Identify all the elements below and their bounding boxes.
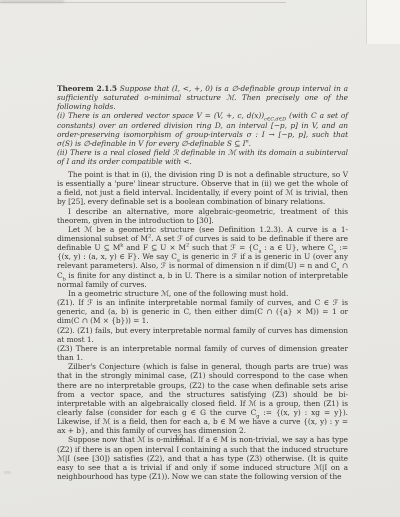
paragraph-z3: (Z3) There is an interpretable normal fa… [57, 344, 348, 362]
paragraph-geometric-structure-curves: Let ℳ be a geometric structure (see Defi… [57, 225, 348, 289]
page-number: 12 [57, 433, 301, 442]
page-text-block: Theorem 2.1.5 Suppose that (I, <, +, 0) … [57, 84, 348, 481]
scan-speck [4, 471, 11, 474]
theorem-label: Theorem 2.1.5 [57, 84, 117, 93]
paragraph-z2: (Z2). (Z1) fails, but every interpretabl… [57, 326, 348, 344]
paragraph-following-must-hold: In a geometric structure ℳ, one of the f… [57, 289, 348, 298]
theorem-heading-paragraph: Theorem 2.1.5 Suppose that (I, <, +, 0) … [57, 84, 348, 111]
scanned-paper-page: Theorem 2.1.5 Suppose that (I, <, +, 0) … [0, 0, 400, 517]
paragraph-alternative-treatment: I describe an alternative, more algebrai… [57, 207, 348, 225]
theorem-item-ii: (ii) There is a real closed field ℛ defi… [57, 148, 348, 166]
paragraph-point-discussion: The point is that in (i), the division r… [57, 170, 348, 207]
paragraph-o-minimal-types: Suppose now that ℳ is o-minimal. If a ∈ … [57, 435, 348, 481]
scan-top-edge-line [0, 2, 286, 3]
theorem-item-i: (i) There is an ordered vector space V =… [57, 111, 348, 148]
paragraph-zilbers-conjecture: Zilber's Conjecture (which is false in g… [57, 362, 348, 435]
scan-right-page-edge [366, 0, 400, 44]
paragraph-z1: (Z1). If ℱ is an infinite interpretable … [57, 298, 348, 325]
